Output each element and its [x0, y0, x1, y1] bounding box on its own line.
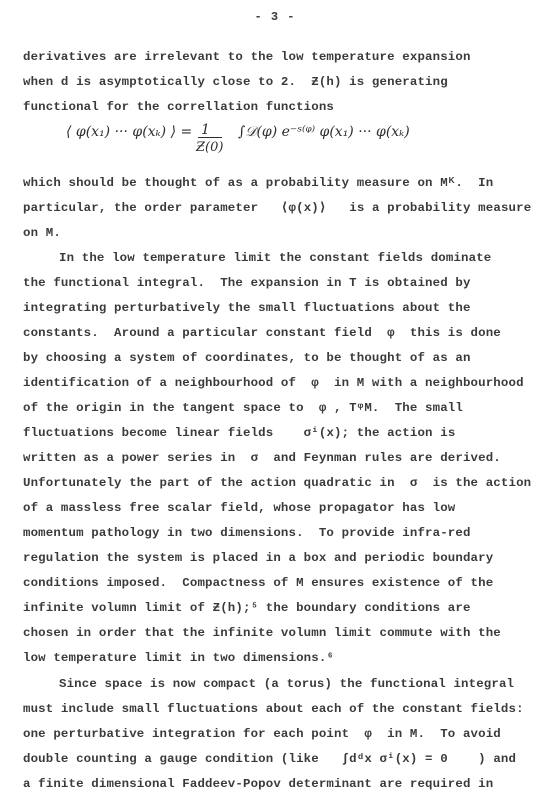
text-line: infinite volumn limit of Ƶ(h);⁵ the boun…: [23, 601, 471, 615]
equation-rhs: ∫𝒟(φ) e⁻ˢ⁽ᵠ⁾ φ(x₁) ··· φ(xₖ): [238, 124, 410, 140]
text-line: constants. Around a particular constant …: [23, 326, 501, 340]
text-line: one perturbative integration for each po…: [23, 727, 501, 741]
text-line: functional for the correllation function…: [23, 100, 334, 114]
text-line: integrating perturbatively the small flu…: [23, 301, 471, 315]
text-line: of the origin in the tangent space to φ …: [23, 401, 463, 415]
text-line: Unfortunately the part of the action qua…: [23, 476, 531, 490]
text-line: double counting a gauge condition (like …: [23, 752, 516, 766]
equation-lhs: ⟨ φ(x₁) ··· φ(xₖ) ⟩ =: [66, 124, 192, 140]
text-line: which should be thought of as a probabil…: [23, 176, 493, 190]
text-line: derivatives are irrelevant to the low te…: [23, 50, 471, 64]
text-line: particular, the order parameter ⟨φ(x)⟩ i…: [23, 201, 531, 215]
text-line: the functional integral. The expansion i…: [23, 276, 471, 290]
text-line: conditions imposed. Compactness of M ens…: [23, 576, 493, 590]
page-number: - 3 -: [0, 10, 550, 24]
text-line: written as a power series in σ and Feynm…: [23, 451, 501, 465]
text-line: chosen in order that the infinite volumn…: [23, 626, 501, 640]
text-line: must include small fluctuations about ea…: [23, 702, 524, 716]
text-line: a finite dimensional Faddeev-Popov deter…: [23, 777, 493, 791]
equation-fraction-denominator: Ƶ(0): [196, 140, 223, 155]
text-line: on M.: [23, 226, 61, 240]
text-line: identification of a neighbourhood of φ i…: [23, 376, 524, 390]
text-line: momentum pathology in two dimensions. To…: [23, 526, 471, 540]
text-line: by choosing a system of coordinates, to …: [23, 351, 471, 365]
text-line: regulation the system is placed in a box…: [23, 551, 493, 565]
text-line: fluctuations become linear fields σⁱ(x);…: [23, 426, 455, 440]
text-line: low temperature limit in two dimensions.…: [23, 651, 334, 665]
equation-fraction-numerator: 1: [201, 122, 210, 138]
document-page: - 3 - derivatives are irrelevant to the …: [0, 0, 550, 801]
text-line: when d is asymptotically close to 2. Ƶ(h…: [23, 75, 448, 89]
text-line: of a massless free scalar field, whose p…: [23, 501, 455, 515]
text-line: In the low temperature limit the constan…: [59, 251, 491, 265]
correlation-function-equation: ⟨ φ(x₁) ··· φ(xₖ) ⟩ = 1 Ƶ(0) ∫𝒟(φ) e⁻ˢ⁽ᵠ…: [66, 120, 486, 170]
text-line: Since space is now compact (a torus) the…: [59, 677, 514, 691]
fraction-bar: [198, 137, 222, 138]
